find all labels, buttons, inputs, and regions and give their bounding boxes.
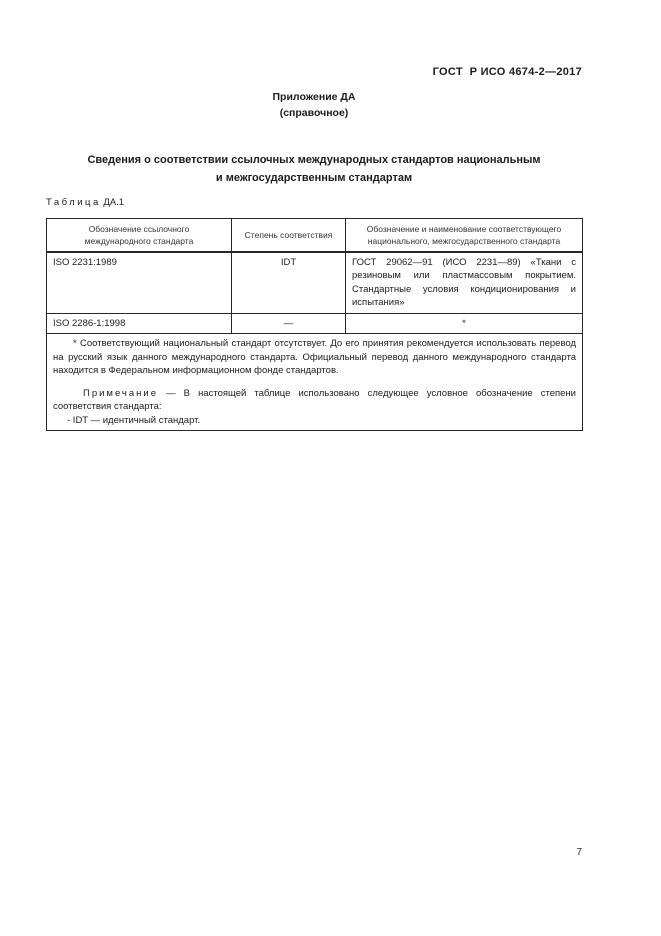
cell-reference-standard: ISO 2286-1:1998 xyxy=(47,313,232,334)
note-label: Примечание xyxy=(83,388,158,399)
note-item-idt: - IDT — идентичный стандарт. xyxy=(53,414,576,428)
cell-degree: IDT xyxy=(232,252,346,314)
column-header-national-standard: Обозначение и наименование соответствующ… xyxy=(346,219,583,252)
correspondence-table: Обозначение ссылочного международного ст… xyxy=(46,218,583,431)
page-number: 7 xyxy=(46,847,582,858)
annex-type: (справочное) xyxy=(46,105,582,121)
column-header-degree: Степень соответствия xyxy=(232,219,346,252)
cell-national-standard: * xyxy=(346,313,583,334)
table-caption-word: Таблица xyxy=(46,197,101,208)
cell-national-standard: ГОСТ 29062—91 (ИСО 2231—89) «Ткани с рез… xyxy=(346,252,583,314)
cell-degree: — xyxy=(232,313,346,334)
column-header-reference-standard: Обозначение ссылочного международного ст… xyxy=(47,219,232,252)
document-title: Сведения о соответствии ссылочных междун… xyxy=(46,151,582,187)
footnote-cell: * Соответствующий национальный стандарт … xyxy=(47,334,583,431)
cell-reference-standard: ISO 2231:1989 xyxy=(47,252,232,314)
title-line-2: и межгосударственным стандартам xyxy=(46,169,582,187)
table-header-row: Обозначение ссылочного международного ст… xyxy=(47,219,583,252)
table-footnote: * Соответствующий национальный стандарт … xyxy=(53,337,576,378)
table-note: Примечание — В настоящей таблице использ… xyxy=(53,387,576,414)
table-caption-number: ДА.1 xyxy=(103,197,124,208)
document-page: ГОСТ Р ИСО 4674-2—2017 Приложение ДА (сп… xyxy=(0,0,661,936)
title-line-1: Сведения о соответствии ссылочных междун… xyxy=(46,151,582,169)
table-row: ISO 2286-1:1998 — * xyxy=(47,313,583,334)
table-row: ISO 2231:1989 IDT ГОСТ 29062—91 (ИСО 223… xyxy=(47,252,583,314)
annex-label: Приложение ДА xyxy=(46,89,582,105)
annex-heading: Приложение ДА (справочное) xyxy=(46,89,582,121)
running-head: ГОСТ Р ИСО 4674-2—2017 xyxy=(46,66,582,78)
table-caption: Таблица ДА.1 xyxy=(46,197,124,208)
table-footnote-row: * Соответствующий национальный стандарт … xyxy=(47,334,583,431)
